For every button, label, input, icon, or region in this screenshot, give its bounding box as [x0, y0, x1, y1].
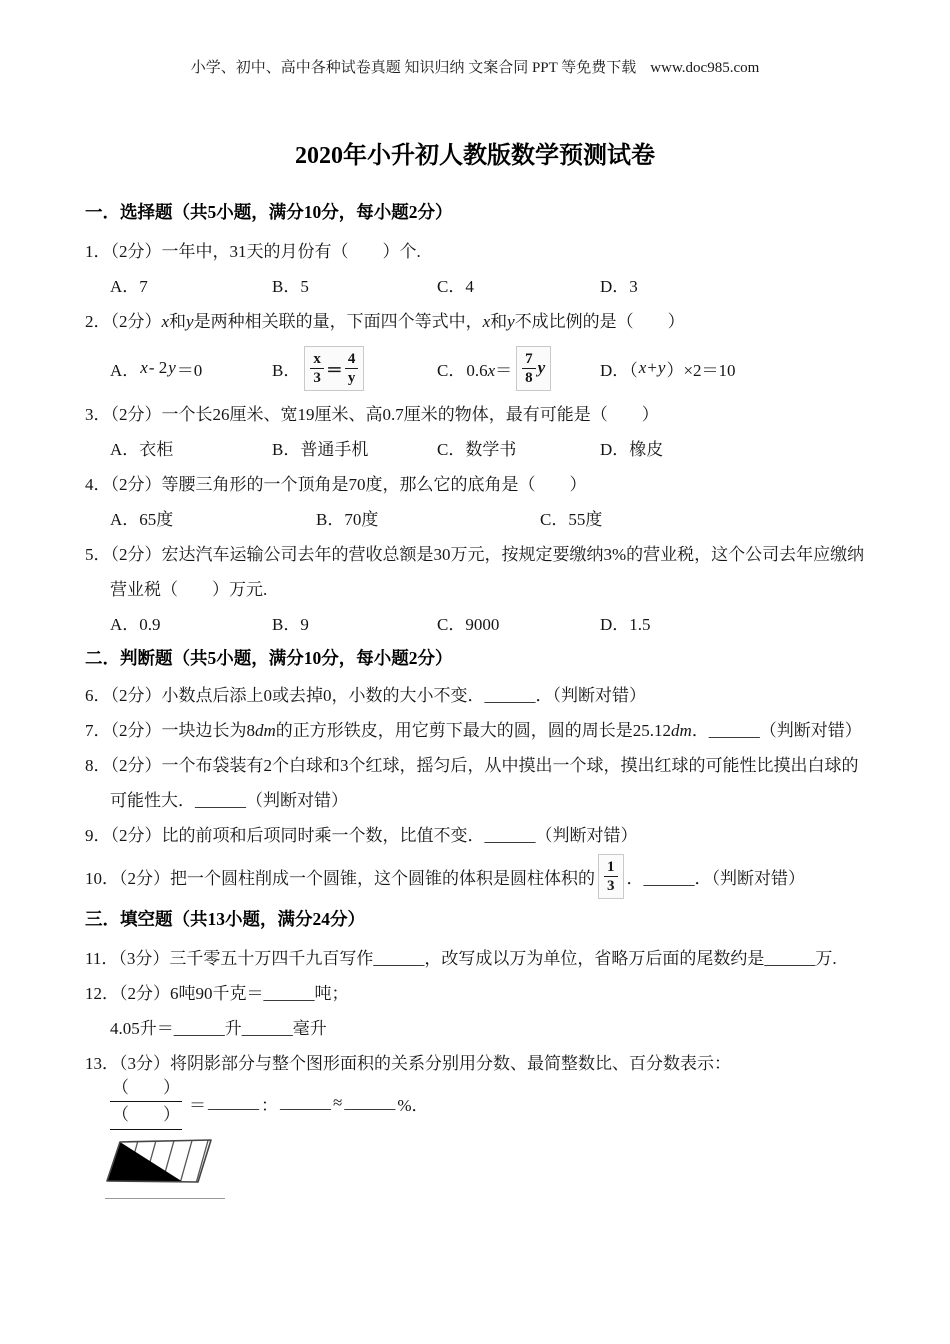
fraction: 1 3: [604, 858, 618, 895]
question-11-text: 11．（3分）三千零五十万四千九百写作______，改写成以万为单位，省略万后面…: [85, 941, 870, 976]
fraction-denominator: 8: [522, 369, 536, 387]
option-c: C．数学书: [437, 432, 600, 467]
question-10-pre: 10．（2分）把一个圆柱削成一个圆锥，这个圆锥的体积是圆柱体积的: [85, 864, 595, 889]
option-b: B．70度: [316, 502, 540, 537]
option-a: A．7: [110, 269, 272, 304]
fraction-box: 7 8 y: [516, 346, 551, 391]
option-d: D．橡皮: [600, 432, 870, 467]
answer-blank: ______: [280, 1093, 331, 1113]
option-a: A．x - 2y＝0: [110, 356, 272, 381]
ratio-colon: ：: [261, 1091, 278, 1116]
answer-blank: ______: [344, 1093, 395, 1113]
option-b: B． x 3 ＝ 4 y: [272, 346, 437, 391]
question-3-options: A．衣柜 B．普通手机 C．数学书 D．橡皮: [85, 432, 870, 467]
question-6-text: 6．（2分）小数点后添上0或去掉0，小数的大小不变．______．（判断对错）: [85, 678, 870, 713]
question-10-post: ．______．（判断对错）: [627, 864, 806, 889]
option-a: A．65度: [110, 502, 316, 537]
fraction-numerator: x: [310, 350, 324, 369]
blank-fraction: （ ） （ ）: [110, 1076, 182, 1130]
option-c: C． 0.6x＝ 7 8 y: [437, 346, 600, 391]
option-d: D．（x+y）×2＝10: [600, 356, 870, 381]
option-a: A．衣柜: [110, 432, 272, 467]
question-3-text: 3．（2分）一个长26厘米、宽19厘米、高0.7厘米的物体，最有可能是（ ）: [85, 397, 870, 432]
question-4-text: 4．（2分）等腰三角形的一个顶角是70度，那么它的底角是（ ）: [85, 467, 870, 502]
question-4-options: A．65度 B．70度 C．55度: [85, 502, 870, 537]
fraction: x 3: [310, 350, 324, 387]
fraction-box: 1 3: [598, 854, 624, 899]
question-10-text: 10．（2分）把一个圆柱削成一个圆锥，这个圆锥的体积是圆柱体积的 1 3 ．__…: [85, 853, 870, 899]
fraction: 7 8: [522, 350, 536, 387]
section-1-heading: 一．选择题（共5小题，满分10分，每小题2分）: [85, 200, 870, 224]
fraction-equation-box: x 3 ＝ 4 y: [304, 346, 364, 391]
shaded-parallelogram-figure: [105, 1135, 217, 1193]
option-d: D．1.5: [600, 607, 870, 642]
question-13-figure: [105, 1133, 225, 1199]
variable-y: y: [538, 358, 546, 378]
answer-blank: ______: [208, 1093, 259, 1113]
option-b: B．5: [272, 269, 437, 304]
question-2-options: A．x - 2y＝0 B． x 3 ＝ 4 y C． 0.6x＝: [85, 339, 870, 397]
site-promo-header: 小学、初中、高中各种试卷真题 知识归纳 文案合同 PPT 等免费下载www.do…: [0, 0, 950, 78]
question-2-text: 2．（2分）x和y是两种相关联的量，下面四个等式中，x和y不成比例的是（ ）: [85, 304, 870, 339]
option-label: C．: [437, 356, 465, 381]
question-9-text: 9．（2分）比的前项和后项同时乘一个数，比值不变．______（判断对错）: [85, 818, 870, 853]
option-c: C．9000: [437, 607, 600, 642]
option-c: C．55度: [540, 502, 870, 537]
option-c-expression: 0.6x＝: [466, 356, 512, 381]
question-5-options: A．0.9 B．9 C．9000 D．1.5: [85, 607, 870, 642]
site-url: www.doc985.com: [650, 60, 759, 76]
option-label: B．: [272, 356, 300, 381]
question-8-text: 8．（2分）一个布袋装有2个白球和3个红球，摇匀后，从中摸出一个球，摸出红球的可…: [85, 748, 870, 818]
option-a: A．0.9: [110, 607, 272, 642]
question-13-answer-line: （ ） （ ） ＝ ______ ： ______ ≈ ______ %．: [110, 1081, 870, 1125]
approx-sign: ≈: [333, 1093, 342, 1113]
fraction: 4 y: [345, 350, 359, 387]
question-5-text: 5．（2分）宏达汽车运输公司去年的营收总额是30万元，按规定要缴纳3%的营业税，…: [85, 537, 870, 607]
section-2-heading: 二．判断题（共5小题，满分10分，每小题2分）: [85, 646, 870, 670]
question-12-text-line1: 12．（2分）6吨90千克＝______吨；: [85, 976, 870, 1011]
option-d: D．3: [600, 269, 870, 304]
promo-text: 小学、初中、高中各种试卷真题 知识归纳 文案合同 PPT 等免费下载: [191, 60, 637, 76]
section-3-heading: 三．填空题（共13小题，满分24分）: [85, 907, 870, 931]
equals-sign: ＝: [326, 356, 343, 381]
option-c: C．4: [437, 269, 600, 304]
equals-sign: ＝: [189, 1091, 206, 1116]
question-7-text: 7．（2分）一块边长为8dm的正方形铁皮，用它剪下最大的圆，圆的周长是25.12…: [85, 713, 870, 748]
fraction-denominator: 3: [310, 369, 324, 387]
question-13-text: 13．（3分）将阴影部分与整个图形面积的关系分别用分数、最简整数比、百分数表示：: [85, 1046, 870, 1081]
fraction-numerator: 1: [604, 858, 618, 877]
exam-document-page: 小学、初中、高中各种试卷真题 知识归纳 文案合同 PPT 等免费下载www.do…: [0, 0, 950, 1344]
question-1-text: 1．（2分）一年中，31天的月份有（ ）个.: [85, 234, 870, 269]
fraction-numerator: 4: [345, 350, 359, 369]
percent-sign: %．: [397, 1091, 428, 1116]
page-title: 2020年小升初人教版数学预测试卷: [0, 142, 950, 170]
fraction-denominator: 3: [604, 877, 618, 895]
blank-fraction-numerator: （ ）: [110, 1076, 182, 1102]
option-b: B．9: [272, 607, 437, 642]
blank-fraction-denominator: （ ）: [110, 1102, 182, 1130]
option-b: B．普通手机: [272, 432, 437, 467]
exam-body: 一．选择题（共5小题，满分10分，每小题2分） 1．（2分）一年中，31天的月份…: [85, 200, 870, 1199]
question-12-text-line2: 4.05升＝______升______毫升: [85, 1011, 870, 1046]
fraction-numerator: 7: [522, 350, 536, 369]
question-1-options: A．7 B．5 C．4 D．3: [85, 269, 870, 304]
fraction-denominator: y: [345, 369, 359, 387]
